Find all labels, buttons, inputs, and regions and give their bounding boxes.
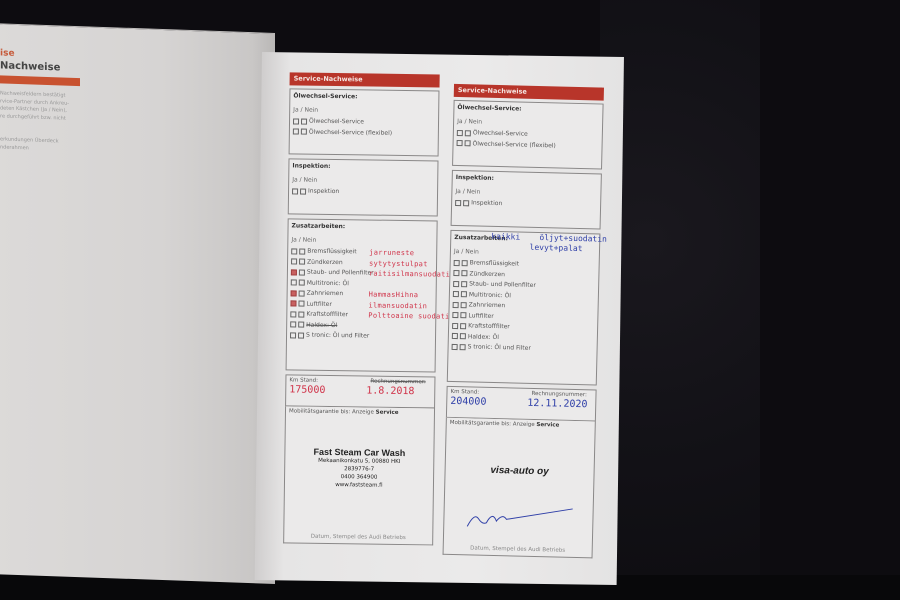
checkbox-label: Inspektion — [308, 188, 339, 195]
checkbox-row: Inspektion — [455, 198, 597, 212]
handwritten-note: sytytystulpat — [369, 258, 428, 269]
checkbox-nein[interactable] — [301, 118, 307, 124]
checkbox-label: Multitronic: Öl — [307, 279, 349, 287]
checkbox-label: Zahnriemen — [469, 301, 506, 309]
checkbox-ja[interactable] — [291, 279, 297, 285]
checkbox-nein[interactable] — [298, 322, 304, 328]
signature — [462, 502, 583, 537]
checkbox-ja[interactable] — [452, 343, 458, 349]
checkbox-nein[interactable] — [299, 248, 305, 254]
checkbox-row: S tronic: Öl und Filter — [451, 342, 593, 356]
checkbox-ja[interactable] — [291, 258, 297, 264]
checkbox-row: Ölwechsel-Service (flexibel) — [456, 138, 598, 152]
checkbox-label: Zündkerzen — [469, 270, 505, 278]
mobility-service: Service — [376, 410, 399, 416]
stamp-footer: Datum, Stempel des Audi Betriebs — [284, 533, 432, 541]
left-header-sub: ise — [0, 48, 15, 59]
inspection-box: Inspektion: Ja / Nein Inspektion — [451, 170, 602, 230]
invoice-date-value: 1.8.2018 — [366, 385, 414, 397]
checkbox-label: Ölwechsel-Service — [473, 129, 528, 137]
checkbox-ja[interactable] — [291, 269, 297, 275]
stamp-line: www.faststeam.fi — [285, 480, 433, 490]
checkbox-nein[interactable] — [299, 269, 305, 275]
left-paragraph-1: Nachweisfeldern bestätigtrvice-Partner d… — [0, 90, 90, 123]
checkbox-ja[interactable] — [293, 118, 299, 124]
checkbox-ja[interactable] — [290, 311, 296, 317]
checkbox-label: S tronic: Öl und Filter — [468, 343, 531, 352]
yes-no-label: Ja / Nein — [455, 188, 597, 198]
invoice-date-value: 12.11.2020 — [527, 398, 587, 410]
checkbox-nein[interactable] — [462, 260, 468, 266]
checkbox-ja[interactable] — [453, 280, 459, 286]
stamp-box: Mobilitätsgarantie bis: Anzeige Service … — [283, 406, 435, 545]
checkbox-label: S tronic: Öl und Filter — [306, 332, 369, 340]
checkbox-nein[interactable] — [461, 291, 467, 297]
yes-no-label: Ja / Nein — [457, 118, 599, 128]
service-record-title: Service-Nachweise — [290, 72, 440, 87]
service-record-column-2: Service-Nachweise Ölwechsel-Service: Ja … — [443, 84, 604, 559]
checkbox-row: Ölwechsel-Service (flexibel) — [293, 127, 435, 139]
checkbox-label: Inspektion — [471, 199, 502, 207]
checkbox-nein[interactable] — [465, 130, 471, 136]
checkbox-label: Staub- und Pollenfilter — [469, 280, 536, 289]
checkbox-ja[interactable] — [453, 301, 459, 307]
mileage-label: Km Stand: — [289, 377, 318, 383]
mobility-label: Mobilitätsgarantie bis: Anzeige — [289, 408, 374, 415]
left-header: Nachweise — [0, 60, 60, 73]
checkbox-nein[interactable] — [301, 129, 307, 135]
checkbox-label: Zündkerzen — [307, 258, 343, 265]
checkbox-ja[interactable] — [452, 312, 458, 318]
checkbox-nein[interactable] — [300, 188, 306, 194]
checkbox-label: Luftfilter — [468, 312, 494, 320]
checkbox-ja[interactable] — [291, 248, 297, 254]
mobility-label: Mobilitätsgarantie bis: Anzeige — [450, 420, 535, 428]
checkbox-ja[interactable] — [457, 129, 463, 135]
yes-no-label: Ja / Nein — [293, 106, 435, 115]
checkbox-nein[interactable] — [299, 280, 305, 286]
right-page: Nachweise21 Service-Nachweise Ölwechsel-… — [255, 52, 624, 585]
checkbox-label: Zahnriemen — [307, 290, 344, 298]
checkbox-nein[interactable] — [460, 344, 466, 350]
handwritten-note: ilmansuodatin — [368, 300, 427, 311]
additional-work-box: Zusatzarbeiten: Ja / Nein Bremsflüssigke… — [286, 218, 438, 372]
checkbox-ja[interactable] — [290, 300, 296, 306]
checkbox-nein[interactable] — [298, 332, 304, 338]
mobility-service: Service — [536, 422, 559, 429]
checkbox-label: Staub- und Pollenfilter — [307, 269, 374, 277]
checkbox-ja[interactable] — [293, 128, 299, 134]
checkbox-ja[interactable] — [452, 322, 458, 328]
mileage-value: 175000 — [289, 384, 325, 396]
checkbox-ja[interactable] — [455, 199, 461, 205]
checkbox-nein[interactable] — [460, 312, 466, 318]
inspection-heading: Inspektion: — [456, 174, 598, 184]
stamp-footer: Datum, Stempel des Audi Betriebs — [444, 545, 592, 555]
checkbox-label: Bremsflüssigkeit — [307, 248, 356, 256]
inspection-heading: Inspektion: — [292, 162, 434, 171]
checkbox-row: S tronic: Öl und Filter — [290, 330, 432, 342]
checkbox-nein[interactable] — [460, 333, 466, 339]
checkbox-nein[interactable] — [298, 301, 304, 307]
mileage-value: 204000 — [450, 396, 486, 408]
stamp-box: Mobilitätsgarantie bis: Anzeige Service … — [443, 418, 596, 559]
checkbox-ja[interactable] — [453, 291, 459, 297]
checkbox-label: Ölwechsel-Service — [309, 118, 364, 126]
business-stamp: Fast Steam Car WashMekaanikonkatu 5, 008… — [285, 446, 434, 490]
checkbox-nein[interactable] — [461, 270, 467, 276]
oil-change-box: Ölwechsel-Service: Ja / Nein Ölwechsel-S… — [289, 88, 440, 156]
checkbox-nein[interactable] — [299, 259, 305, 265]
checkbox-nein[interactable] — [298, 311, 304, 317]
inspection-box: Inspektion: Ja / Nein Inspektion — [288, 158, 439, 216]
left-header-bar — [0, 75, 80, 86]
checkbox-ja[interactable] — [453, 270, 459, 276]
checkbox-label: Kraftstofffilter — [468, 322, 510, 330]
handwritten-note: HammasHihna — [369, 290, 419, 301]
mileage-invoice-box: Km Stand: Rechnungsnummer: 204000 12.11.… — [446, 386, 597, 422]
checkbox-ja[interactable] — [454, 259, 460, 265]
checkbox-ja[interactable] — [452, 333, 458, 339]
checkbox-nein[interactable] — [460, 323, 466, 329]
checkbox-ja[interactable] — [291, 290, 297, 296]
checkbox-ja[interactable] — [290, 321, 296, 327]
yes-no-label: Ja / Nein — [292, 176, 434, 185]
checkbox-nein[interactable] — [465, 140, 471, 146]
service-record-column-1: Service-Nachweise Ölwechsel-Service: Ja … — [283, 72, 440, 545]
checkbox-label: Luftfilter — [306, 300, 331, 307]
checkbox-row: Inspektion — [292, 186, 434, 198]
handwritten-note: jarruneste — [369, 248, 414, 259]
additional-work-heading: Zusatzarbeiten: — [292, 222, 434, 231]
left-page: ise Nachweise Nachweisfeldern bestätigtr… — [0, 23, 275, 584]
checkbox-ja[interactable] — [290, 332, 296, 338]
checkbox-label: Multitronic: Öl — [469, 291, 511, 299]
handwritten-note: kaikki öljyt+suodatin levyt+palat — [491, 232, 607, 255]
checkbox-ja[interactable] — [292, 188, 298, 194]
checkbox-label: Kraftstofffilter — [306, 311, 348, 319]
checkbox-nein[interactable] — [299, 290, 305, 296]
checkbox-label: Ölwechsel-Service (flexibel) — [309, 128, 392, 136]
dealer-logo-stamp: visa-auto oy — [445, 464, 593, 479]
service-record-title: Service-Nachweise — [454, 84, 604, 101]
invoice-label: Rechnungsnummer: — [370, 379, 425, 386]
oil-change-box: Ölwechsel-Service: Ja / Nein Ölwechsel-S… — [452, 100, 604, 170]
checkbox-nein[interactable] — [461, 281, 467, 287]
yes-no-label: Ja / Nein — [291, 236, 433, 245]
checkbox-label: Bremsflüssigkeit — [470, 259, 520, 267]
checkbox-label: Ölwechsel-Service (flexibel) — [473, 140, 556, 149]
checkbox-nein[interactable] — [463, 200, 469, 206]
checkbox-nein[interactable] — [461, 302, 467, 308]
checkbox-label: Haldex: Öl — [306, 321, 337, 328]
checkbox-ja[interactable] — [457, 140, 463, 146]
mileage-invoice-box: Km Stand: Rechnungsnummer: 175000 1.8.20… — [285, 374, 435, 408]
left-paragraph-2: erkundungen Überdecknderahmen — [0, 136, 90, 154]
seat-fabric-background — [600, 0, 760, 600]
oil-change-heading: Ölwechsel-Service: — [293, 92, 435, 101]
checkbox-label: Haldex: Öl — [468, 333, 499, 341]
oil-change-heading: Ölwechsel-Service: — [457, 104, 599, 114]
mileage-label: Km Stand: — [450, 389, 479, 396]
additional-work-box: Zusatzarbeiten: kaikki öljyt+suodatin le… — [447, 230, 601, 386]
